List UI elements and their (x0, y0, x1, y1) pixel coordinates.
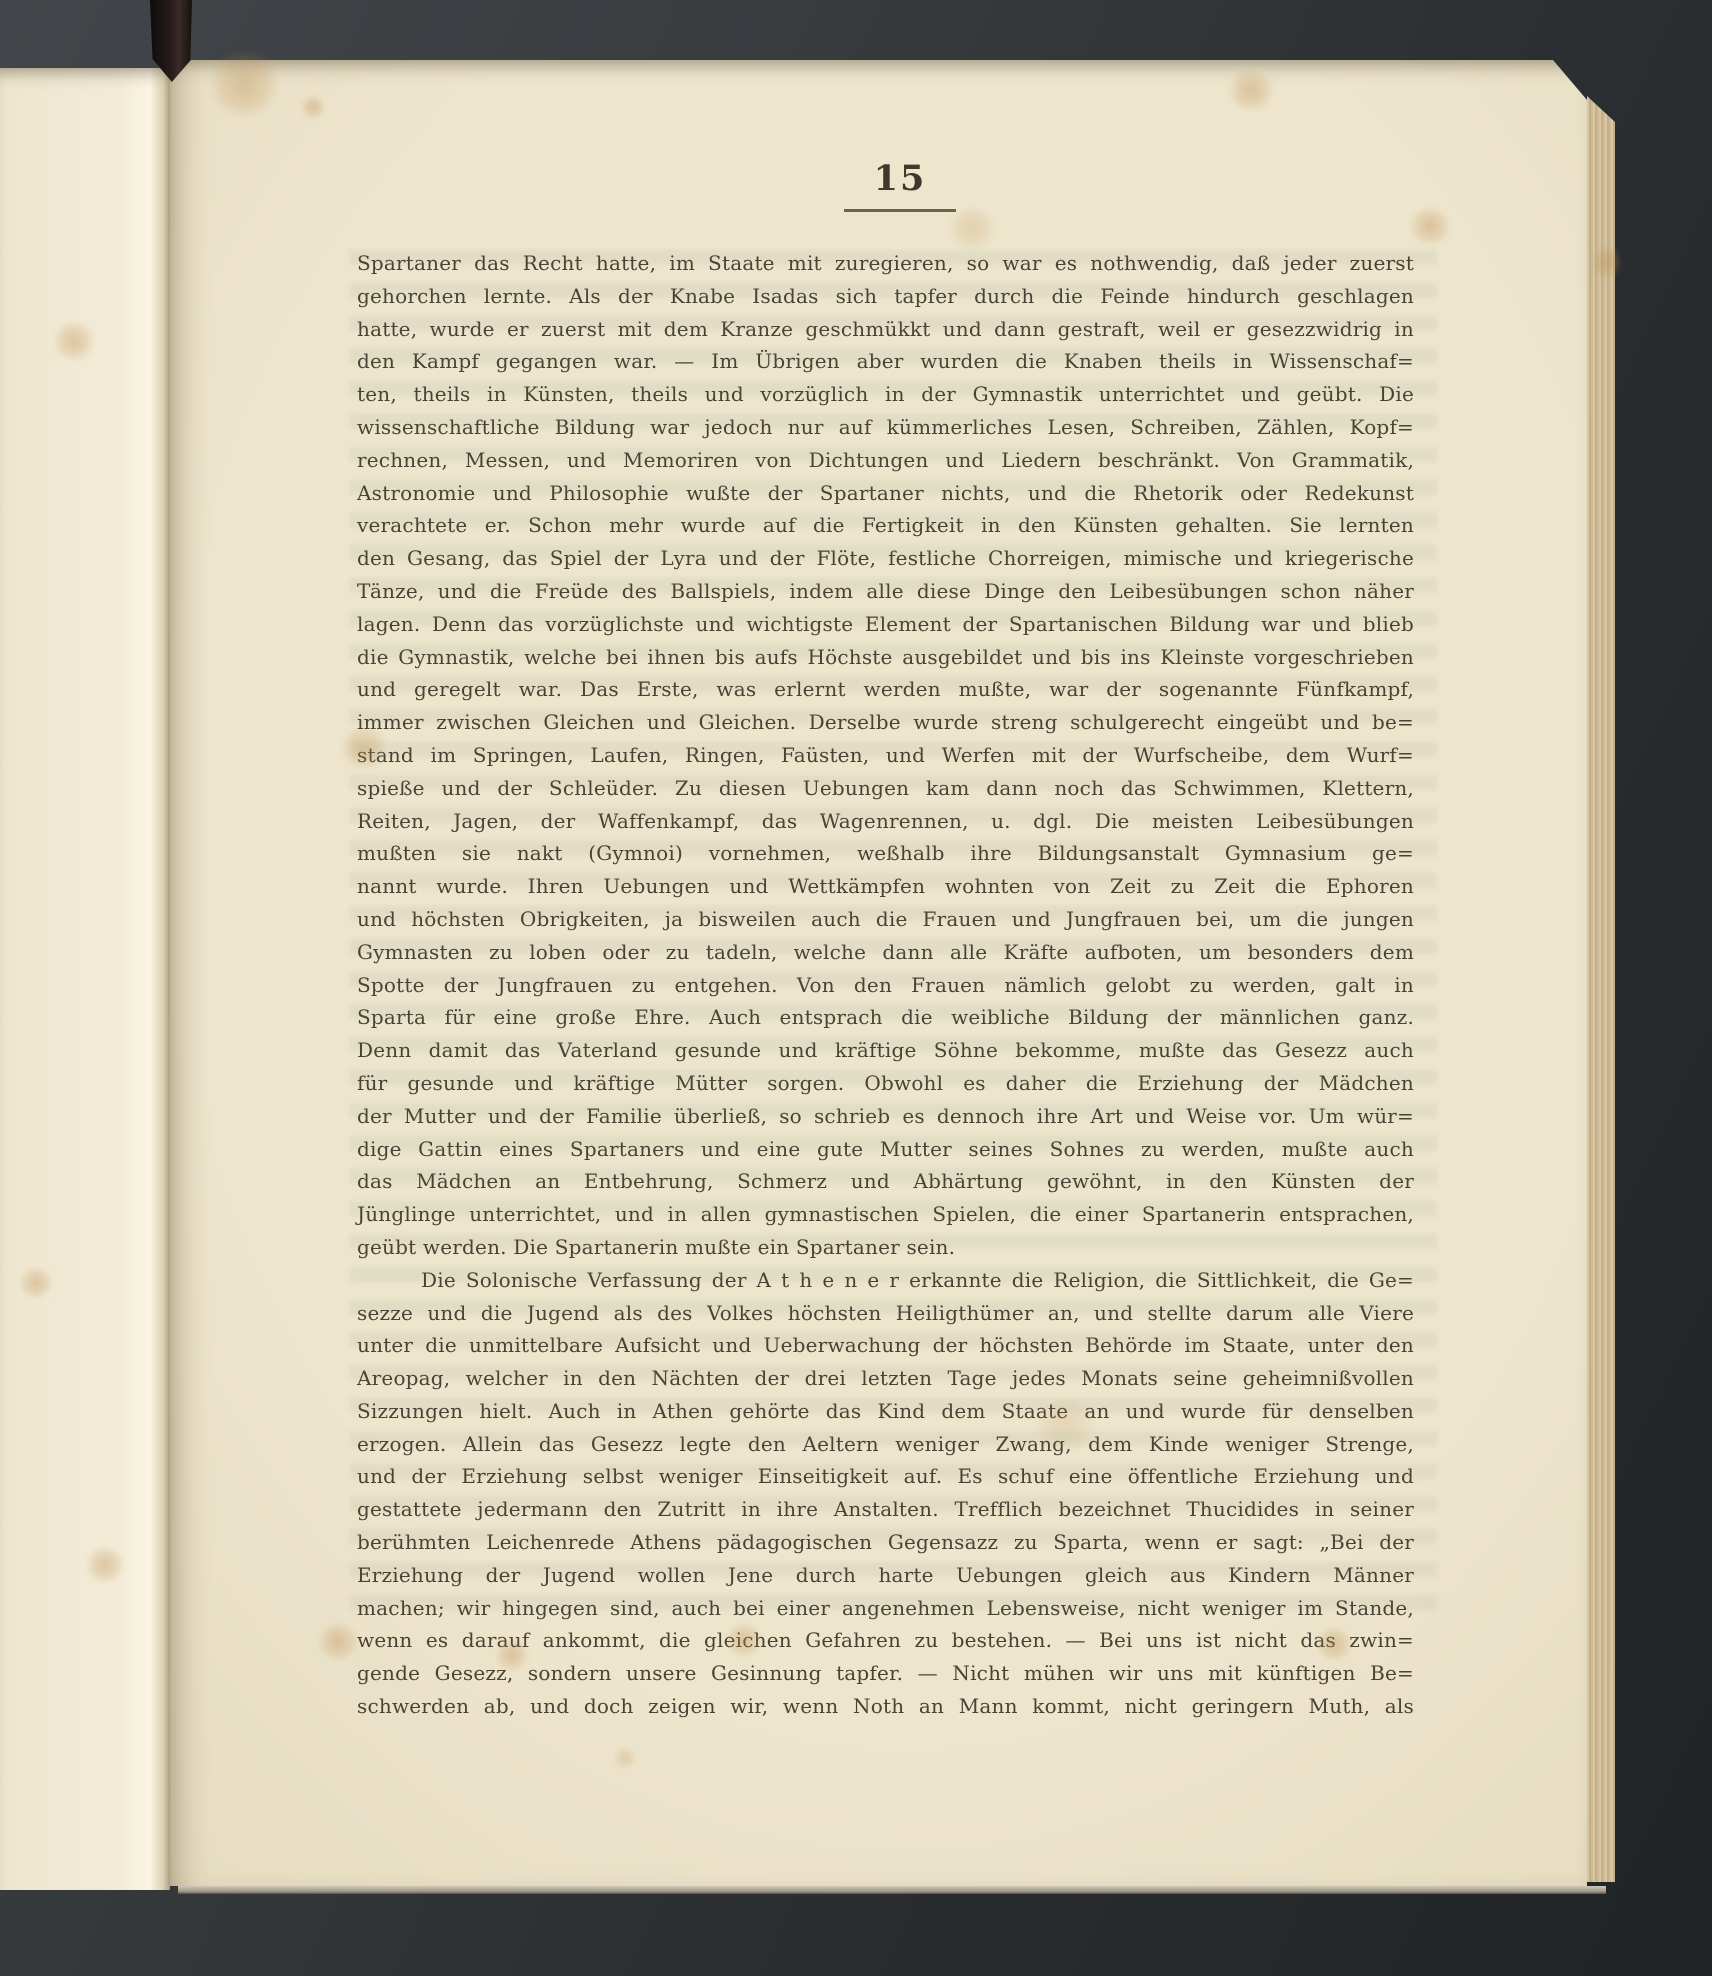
text-line: den Gesang, das Spiel der Lyra und der F… (357, 542, 1414, 575)
text-line: dige Gattin eines Spartaners und eine gu… (357, 1133, 1414, 1166)
left-page (0, 68, 170, 1890)
text-line: Spotte der Jungfrauen zu entgehen. Von d… (357, 969, 1414, 1002)
page-number: 15 (770, 158, 1030, 199)
text-line: rechnen, Messen, und Memoriren von Dicht… (357, 444, 1414, 477)
text-line: wenn es darauf ankommt, die gleichen Gef… (357, 1624, 1414, 1657)
right-page: 15 Spartaner das Recht hatte, im Staate … (170, 60, 1587, 1886)
page-header: 15 (770, 158, 1030, 212)
text-line: lagen. Denn das vorzüglichste und wichti… (357, 608, 1414, 641)
text-line: Spartaner das Recht hatte, im Staate mit… (357, 247, 1414, 280)
text-line: nannt wurde. Ihren Uebungen und Wettkämp… (357, 870, 1414, 903)
text-line: und höchsten Obrigkeiten, ja bisweilen a… (357, 903, 1414, 936)
text-block: Spartaner das Recht hatte, im Staate mit… (357, 247, 1414, 1723)
text-line: stand im Springen, Laufen, Ringen, Faüst… (357, 739, 1414, 772)
text-line: und der Erziehung selbst weniger Einseit… (357, 1460, 1414, 1493)
text-line: Reiten, Jagen, der Waffenkampf, das Wage… (357, 805, 1414, 838)
text-line: Tänze, und die Freüde des Ballspiels, in… (357, 575, 1414, 608)
text-line: der Mutter und der Familie überließ, so … (357, 1100, 1414, 1133)
book-spread: 15 Spartaner das Recht hatte, im Staate … (0, 0, 1712, 1976)
text-line: Sizzungen hielt. Auch in Athen gehörte d… (357, 1395, 1414, 1428)
text-line: berühmten Leichenrede Athens pädagogisch… (357, 1526, 1414, 1559)
text-line: wissenschaftliche Bildung war jedoch nur… (357, 411, 1414, 444)
text-line: immer zwischen Gleichen und Gleichen. De… (357, 706, 1414, 739)
text-line: das Mädchen an Entbehrung, Schmerz und A… (357, 1165, 1414, 1198)
text-line: den Kampf gegangen war. — Im Übrigen abe… (357, 345, 1414, 378)
text-line: ten, theils in Künsten, theils und vorzü… (357, 378, 1414, 411)
text-line: spieße und der Schleüder. Zu diesen Uebu… (357, 772, 1414, 805)
text-line: Die Solonische Verfassung der A t h e n … (357, 1264, 1414, 1297)
text-line: verachtete er. Schon mehr wurde auf die … (357, 509, 1414, 542)
page-number-rule (844, 209, 956, 212)
text-line: gende Gesezz, sondern unsere Gesinnung t… (357, 1657, 1414, 1690)
text-line: Sparta für eine große Ehre. Auch entspra… (357, 1001, 1414, 1034)
text-line: mußten sie nakt (Gymnoi) vornehmen, weßh… (357, 837, 1414, 870)
text-line: Areopag, welcher in den Nächten der drei… (357, 1362, 1414, 1395)
bottom-page-edges (178, 1886, 1606, 1894)
text-line: hatte, wurde er zuerst mit dem Kranze ge… (357, 313, 1414, 346)
text-line: unter die unmittelbare Aufsicht und Uebe… (357, 1329, 1414, 1362)
text-line: erzogen. Allein das Gesezz legte den Ael… (357, 1428, 1414, 1461)
text-line: gehorchen lernte. Als der Knabe Isadas s… (357, 280, 1414, 313)
text-line: sezze und die Jugend als des Volkes höch… (357, 1297, 1414, 1330)
text-line: Denn damit das Vaterland gesunde und krä… (357, 1034, 1414, 1067)
text-line: gestattete jedermann den Zutritt in ihre… (357, 1493, 1414, 1526)
text-line: die Gymnastik, welche bei ihnen bis aufs… (357, 641, 1414, 674)
text-line: und geregelt war. Das Erste, was erlernt… (357, 673, 1414, 706)
text-line: Erziehung der Jugend wollen Jene durch h… (357, 1559, 1414, 1592)
fore-edge-pages (1587, 96, 1615, 1882)
text-line: Astronomie und Philosophie wußte der Spa… (357, 477, 1414, 510)
text-line: Gymnasten zu loben oder zu tadeln, welch… (357, 936, 1414, 969)
text-line: für gesunde und kräftige Mütter sorgen. … (357, 1067, 1414, 1100)
text-line: Jünglinge unterrichtet, und in allen gym… (357, 1198, 1414, 1231)
text-line: schwerden ab, und doch zeigen wir, wenn … (357, 1690, 1414, 1723)
text-line: geübt werden. Die Spartanerin mußte ein … (357, 1231, 1414, 1264)
text-line: machen; wir hingegen sind, auch bei eine… (357, 1592, 1414, 1625)
